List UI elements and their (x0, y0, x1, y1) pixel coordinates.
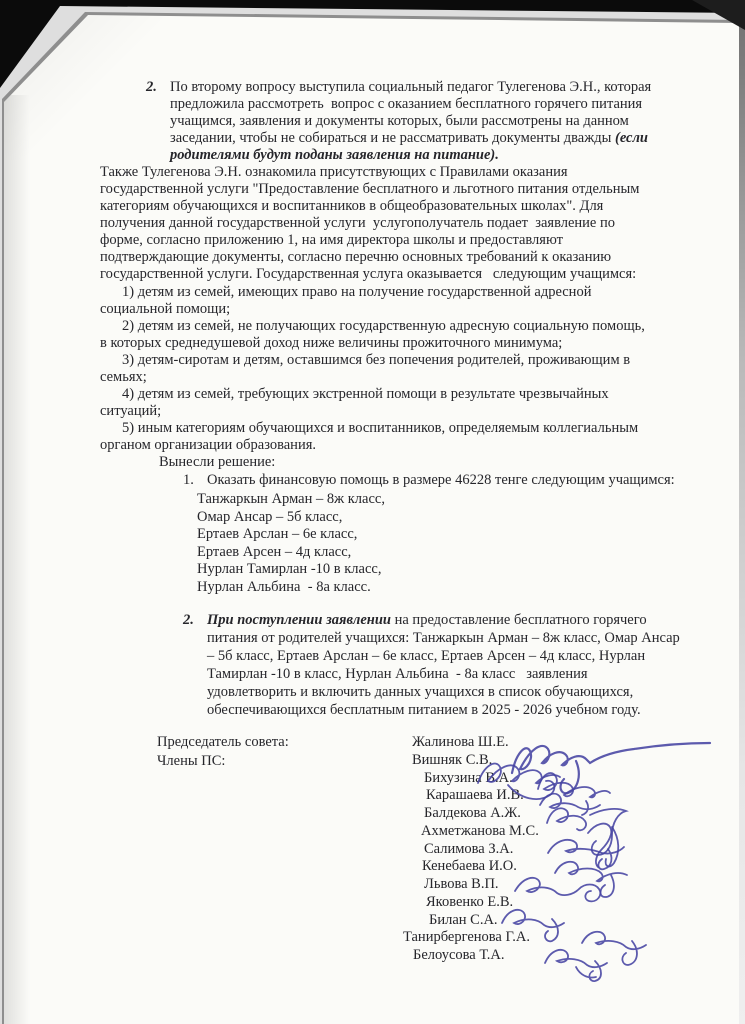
text-line: При поступлении заявлении на предоставле… (207, 611, 717, 629)
category-line: 5) иным категориям обучающихся и воспита… (100, 420, 715, 437)
signature-ink-zhalinova (512, 743, 710, 793)
student-line: Нурлан Тамирлан -10 в класс, (197, 561, 597, 579)
category-line: 1) детям из семей, имеющих право на полу… (100, 284, 715, 301)
student-line: Танжаркын Арман – 8ж класс, (197, 491, 597, 509)
agenda-item-2: 2. По второму вопросу выступила социальн… (170, 79, 695, 164)
text-line: родителями будут поданы заявления на пит… (170, 147, 695, 164)
category-line: 4) детям из семей, требующих экстренной … (100, 386, 715, 403)
text-line: форме, согласно приложению 1, на имя дир… (100, 232, 715, 249)
scanned-protocol-page: { "colors":{"background":"#0b0b0b","pape… (0, 0, 745, 1024)
text-line: категориям обучающихся и воспитанников в… (100, 198, 715, 215)
student-line: Нурлан Альбина - 8а класс. (197, 579, 597, 597)
text-line: получения данной государственной услуги … (100, 215, 715, 232)
agenda-item-number: 2. (146, 79, 157, 96)
text-line: предложила рассмотреть вопрос с оказание… (170, 96, 695, 113)
text-line: Оказать финансовую помощь в размере 4622… (207, 472, 707, 489)
category-line: ситуаций; (100, 403, 715, 420)
text-line: Тамирлан -10 в класс, Нурлан Альбина - 8… (207, 665, 717, 683)
category-line: социальной помощи; (100, 301, 715, 318)
signature-ink-lvova (515, 878, 600, 902)
category-line: в которых среднедушевой доход ниже велич… (100, 335, 715, 352)
signature-ink-belousova (545, 950, 607, 981)
text-line: учащимся, заявления и документы которых,… (170, 113, 695, 130)
text-line: питания от родителей учащихся: Танжаркын… (207, 629, 717, 647)
signature-ink-bilan (502, 910, 564, 942)
student-line: Омар Ансар – 5б класс, (197, 509, 597, 527)
student-line: Ертаев Арслан – 6е класс, (197, 526, 597, 544)
text-line: – 5б класс, Ертаев Арслан – 6е класс, Ер… (207, 647, 717, 665)
text-line: Также Тулегенова Э.Н. ознакомила присутс… (100, 164, 715, 181)
text-line: заседании, чтобы не собираться и не расс… (170, 130, 695, 147)
student-line: Ертаев Арсен – 4д класс, (197, 544, 597, 562)
category-line: органом организации образования. (100, 437, 715, 454)
decision-2: 2. При поступлении заявлении на предоста… (207, 611, 717, 719)
category-list: 1) детям из семей, имеющих право на полу… (100, 284, 715, 454)
student-list: Танжаркын Арман – 8ж класс, Омар Ансар –… (197, 491, 597, 596)
signature-ink-tanirbergenova (582, 932, 646, 965)
category-line: 3) детям-сиротам и детям, оставшимся без… (100, 352, 715, 369)
rules-paragraph: Также Тулегенова Э.Н. ознакомила присутс… (100, 164, 715, 283)
text-line: удовлетворить и включить данных учащихся… (207, 683, 717, 701)
text-line: государственной услуги "Предоставление б… (100, 181, 715, 198)
decision-1: 1. Оказать финансовую помощь в размере 4… (207, 472, 707, 489)
signature-ink-layer (380, 715, 745, 1005)
decision-number: 2. (183, 611, 194, 629)
category-line: семьях; (100, 369, 715, 386)
document-content: 2. По второму вопросу выступила социальн… (0, 0, 745, 1024)
signature-ink-bihuzina (538, 773, 610, 797)
text-line: По второму вопросу выступила социальный … (170, 79, 695, 96)
text-line: подтверждающие документы, согласно переч… (100, 249, 715, 266)
decision-number: 1. (183, 472, 194, 489)
resolution-heading: Вынесли решение: (159, 454, 459, 471)
text-line: государственной услуги. Государственная … (100, 266, 715, 283)
category-line: 2) детям из семей, не получающих государ… (100, 318, 715, 335)
